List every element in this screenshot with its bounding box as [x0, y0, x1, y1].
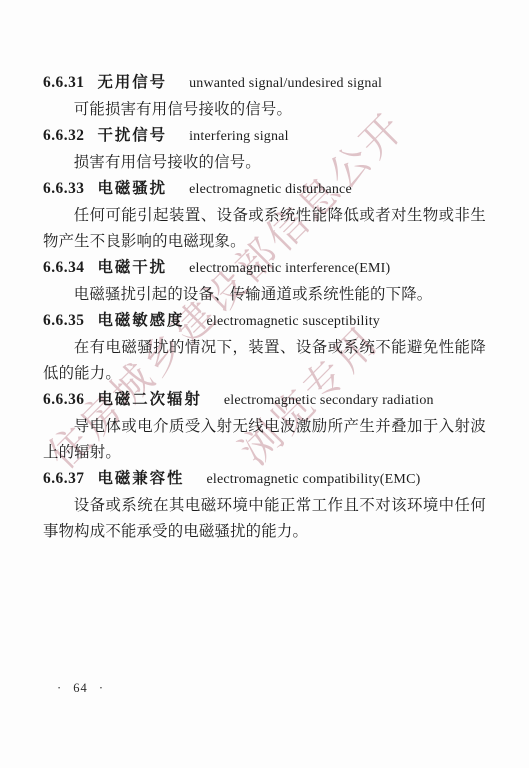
document-page: 住房城乡建设部信息公开 浏览专用 6.6.31无用信号unwanted sign… — [0, 0, 529, 768]
term-entry-6635: 6.6.35电磁敏感度electromagnetic susceptibilit… — [43, 308, 486, 387]
term-definition: 任何可能引起装置、设备或系统性能降低或者对生物或非生物产生不良影响的电磁现象。 — [43, 203, 486, 255]
term-entry-6637: 6.6.37电磁兼容性electromagnetic compatibility… — [43, 466, 486, 545]
terminology-section: 6.6.31无用信号unwanted signal/undesired sign… — [43, 70, 486, 545]
term-zh: 电磁骚扰 — [97, 180, 167, 197]
term-definition: 损害有用信号接收的信号。 — [43, 150, 486, 176]
term-entry-6636: 6.6.36电磁二次辐射electromagnetic secondary ra… — [43, 387, 486, 466]
term-zh: 电磁敏感度 — [97, 312, 184, 329]
term-heading: 6.6.34电磁干扰electromagnetic interference(E… — [43, 255, 486, 282]
term-en: electromagnetic susceptibility — [206, 314, 380, 329]
term-en: electromagnetic compatibility(EMC) — [206, 472, 420, 487]
term-zh: 电磁兼容性 — [97, 470, 184, 487]
term-entry-6634: 6.6.34电磁干扰electromagnetic interference(E… — [43, 255, 486, 308]
term-zh: 电磁干扰 — [97, 259, 167, 276]
clause-number: 6.6.33 — [43, 180, 84, 197]
term-zh: 无用信号 — [97, 74, 167, 91]
term-entry-6631: 6.6.31无用信号unwanted signal/undesired sign… — [43, 70, 486, 123]
clause-number: 6.6.32 — [43, 127, 84, 144]
clause-number: 6.6.35 — [43, 312, 84, 329]
term-heading: 6.6.31无用信号unwanted signal/undesired sign… — [43, 70, 486, 97]
clause-number: 6.6.36 — [43, 391, 84, 408]
clause-number: 6.6.37 — [43, 470, 84, 487]
page-number: · 64 · — [57, 681, 104, 696]
term-heading: 6.6.35电磁敏感度electromagnetic susceptibilit… — [43, 308, 486, 335]
term-entry-6632: 6.6.32干扰信号interfering signal 损害有用信号接收的信号… — [43, 123, 486, 176]
term-heading: 6.6.36电磁二次辐射electromagnetic secondary ra… — [43, 387, 486, 414]
term-en: electromagnetic secondary radiation — [224, 393, 434, 408]
term-definition: 电磁骚扰引起的设备、传输通道或系统性能的下降。 — [43, 282, 486, 308]
term-heading: 6.6.33电磁骚扰electromagnetic disturbance — [43, 176, 486, 203]
term-heading: 6.6.37电磁兼容性electromagnetic compatibility… — [43, 466, 486, 493]
term-en: interfering signal — [189, 129, 289, 144]
term-en: electromagnetic disturbance — [189, 182, 352, 197]
term-en: unwanted signal/undesired signal — [189, 76, 382, 91]
term-zh: 干扰信号 — [97, 127, 167, 144]
term-heading: 6.6.32干扰信号interfering signal — [43, 123, 486, 150]
term-definition: 在有电磁骚扰的情况下，装置、设备或系统不能避免性能降低的能力。 — [43, 335, 486, 387]
term-definition: 设备或系统在其电磁环境中能正常工作且不对该环境中任何事物构成不能承受的电磁骚扰的… — [43, 493, 486, 545]
term-definition: 可能损害有用信号接收的信号。 — [43, 97, 486, 123]
clause-number: 6.6.34 — [43, 259, 84, 276]
term-en: electromagnetic interference(EMI) — [189, 261, 390, 276]
clause-number: 6.6.31 — [43, 74, 84, 91]
term-entry-6633: 6.6.33电磁骚扰electromagnetic disturbance 任何… — [43, 176, 486, 255]
term-definition: 导电体或电介质受入射无线电波激励所产生并叠加于入射波上的辐射。 — [43, 414, 486, 466]
term-zh: 电磁二次辐射 — [97, 391, 201, 408]
